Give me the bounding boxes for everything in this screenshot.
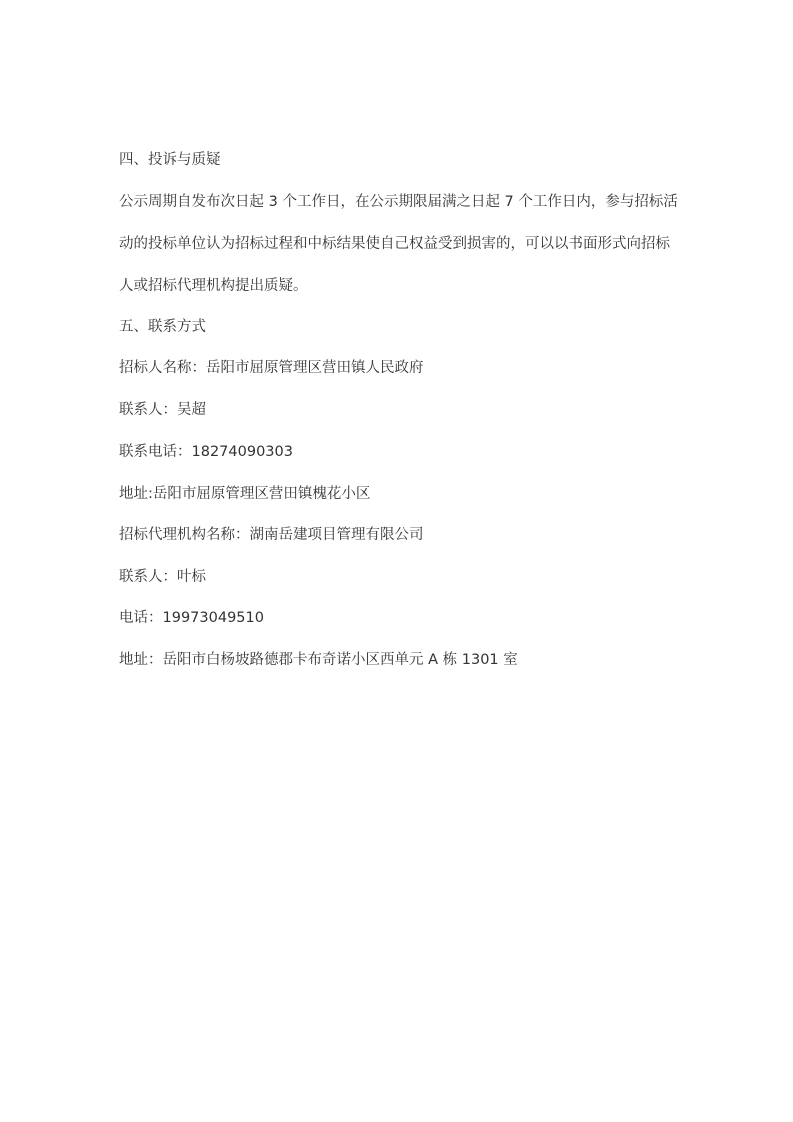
agency-contact-person: 联系人：叶标 [119,567,206,587]
tenderer-address: 地址:岳阳市屈原管理区营田镇槐花小区 [119,484,370,504]
section-heading-contact: 五、联系方式 [119,317,206,337]
document-page: 四、投诉与质疑 公示周期自发布次日起 3 个工作日，在公示期限届满之日起 7 个… [0,0,793,1122]
tenderer-contact-person: 联系人：吴超 [119,400,206,420]
section-heading-complaints: 四、投诉与质疑 [119,150,221,170]
paragraph-line-2: 动的投标单位认为招标过程和中标结果使自己权益受到损害的，可以以书面形式向招标 [119,234,670,254]
paragraph-line-3: 人或招标代理机构提出质疑。 [119,276,308,296]
agency-name: 招标代理机构名称：湖南岳建项目管理有限公司 [119,525,424,545]
agency-phone: 电话：19973049510 [119,608,264,628]
agency-address: 地址：岳阳市白杨坡路德郡卡布奇诺小区西单元 A 栋 1301 室 [119,650,518,670]
tenderer-phone: 联系电话：18274090303 [119,442,293,462]
paragraph-line-1: 公示周期自发布次日起 3 个工作日，在公示期限届满之日起 7 个工作日内，参与招… [119,192,678,212]
tenderer-name: 招标人名称：岳阳市屈原管理区营田镇人民政府 [119,358,424,378]
